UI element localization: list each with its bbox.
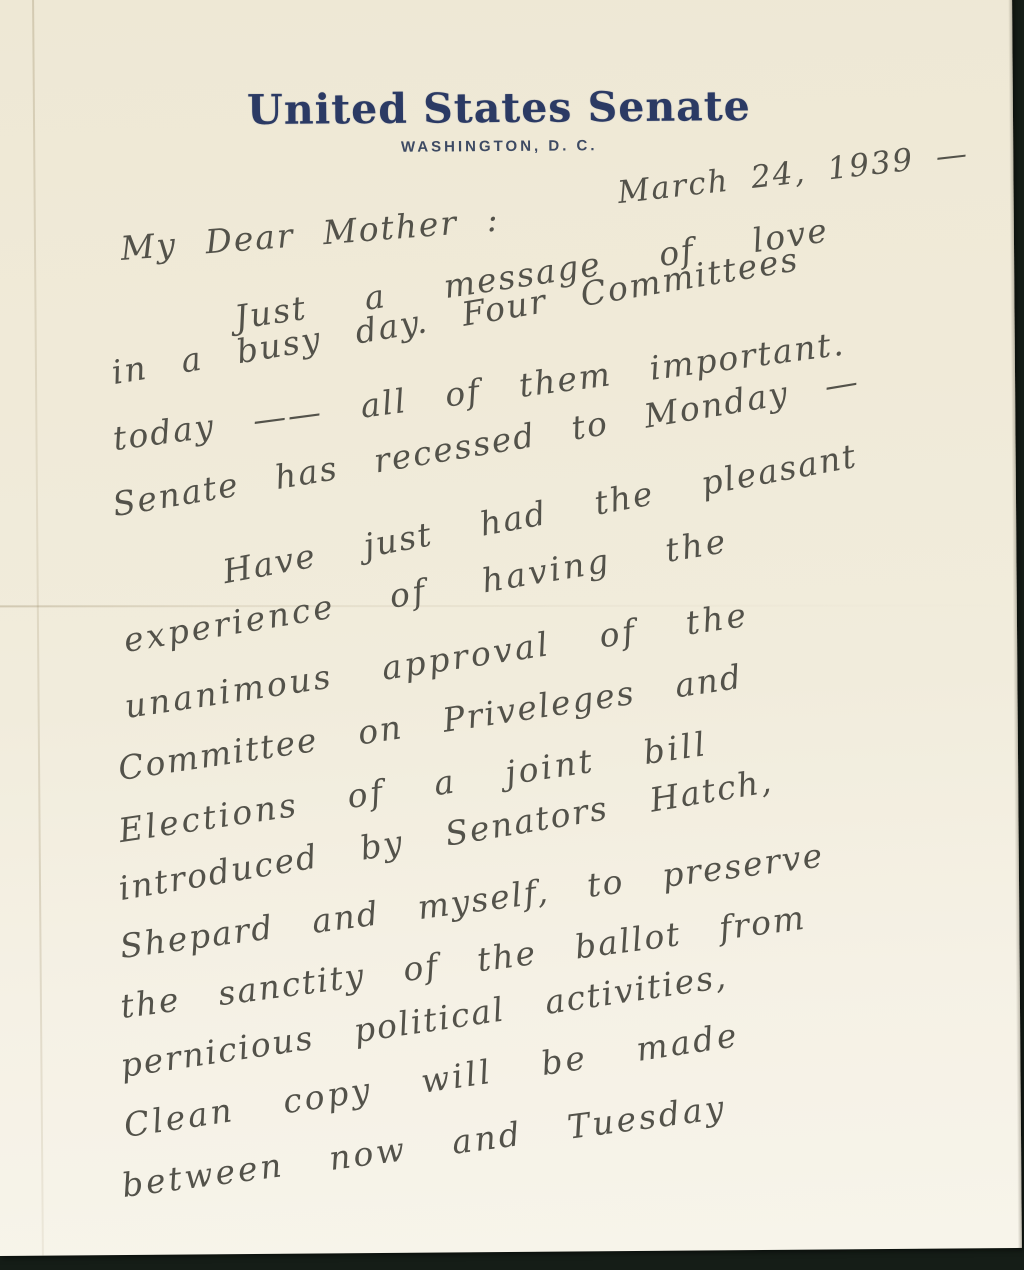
letter-paper: United States Senate WASHINGTON, D. C. M… [0, 0, 1022, 1256]
vertical-fold-crease [32, 0, 44, 1256]
salutation: My Dear Mother : [119, 200, 501, 268]
paper-edge-shadow [1008, 0, 1022, 1248]
letterhead-title: United States Senate [0, 80, 1007, 136]
scan-background: United States Senate WASHINGTON, D. C. M… [0, 0, 1024, 1270]
horizontal-fold-crease [0, 605, 1017, 608]
